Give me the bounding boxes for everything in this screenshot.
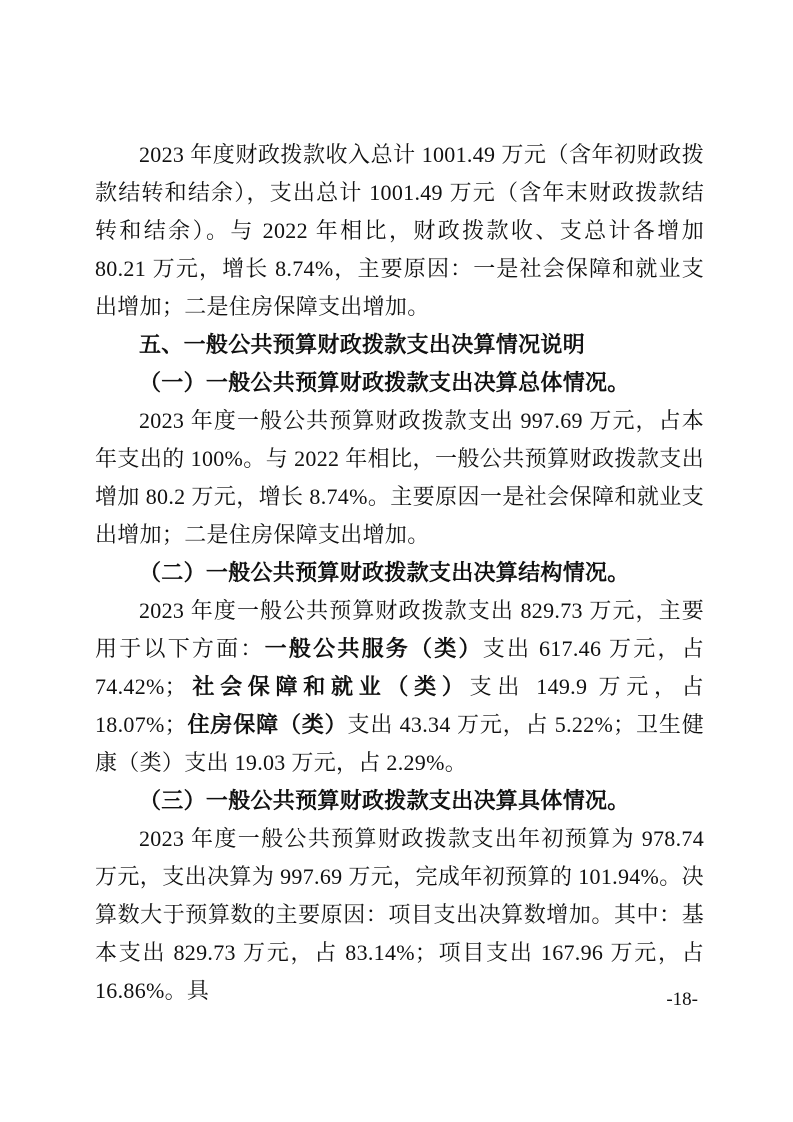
bold-text-run: 社会保障和就业（类） [187, 674, 470, 699]
bold-text-run: 一般公共服务（类） [265, 636, 483, 661]
section-heading: 五、一般公共预算财政拨款支出决算情况说明 [95, 326, 704, 364]
page-number: -18- [95, 988, 704, 1012]
body-paragraph: 2023 年度一般公共预算财政拨款支出年初预算为 978.74 万元，支出决算为… [95, 820, 704, 1010]
bold-text-run: 住房保障（类） [187, 712, 348, 737]
text-run: 2023 年度财政拨款收入总计 1001.49 万元（含年初财政拨款结转和结余）… [95, 142, 704, 319]
body-paragraph: 2023 年度一般公共预算财政拨款支出 829.73 万元，主要用于以下方面：一… [95, 592, 704, 782]
subsection-heading: （一）一般公共预算财政拨款支出决算总体情况。 [95, 364, 704, 402]
subsection-heading: （三）一般公共预算财政拨款支出决算具体情况。 [95, 782, 704, 820]
bold-text-run: 五、一般公共预算财政拨款支出决算情况说明 [139, 332, 585, 357]
bold-text-run: （三）一般公共预算财政拨款支出决算具体情况。 [139, 788, 630, 813]
text-run: 2023 年度一般公共预算财政拨款支出 997.69 万元，占本年支出的 100… [95, 408, 704, 547]
body-paragraph: 2023 年度财政拨款收入总计 1001.49 万元（含年初财政拨款结转和结余）… [95, 136, 704, 326]
bold-text-run: （二）一般公共预算财政拨款支出决算结构情况。 [139, 560, 630, 585]
bold-text-run: （一）一般公共预算财政拨款支出决算总体情况。 [139, 370, 630, 395]
text-run: 2023 年度一般公共预算财政拨款支出年初预算为 978.74 万元，支出决算为… [95, 826, 704, 1003]
document-body: 2023 年度财政拨款收入总计 1001.49 万元（含年初财政拨款结转和结余）… [95, 136, 704, 1010]
document-page: 2023 年度财政拨款收入总计 1001.49 万元（含年初财政拨款结转和结余）… [0, 0, 793, 1122]
subsection-heading: （二）一般公共预算财政拨款支出决算结构情况。 [95, 554, 704, 592]
body-paragraph: 2023 年度一般公共预算财政拨款支出 997.69 万元，占本年支出的 100… [95, 402, 704, 554]
